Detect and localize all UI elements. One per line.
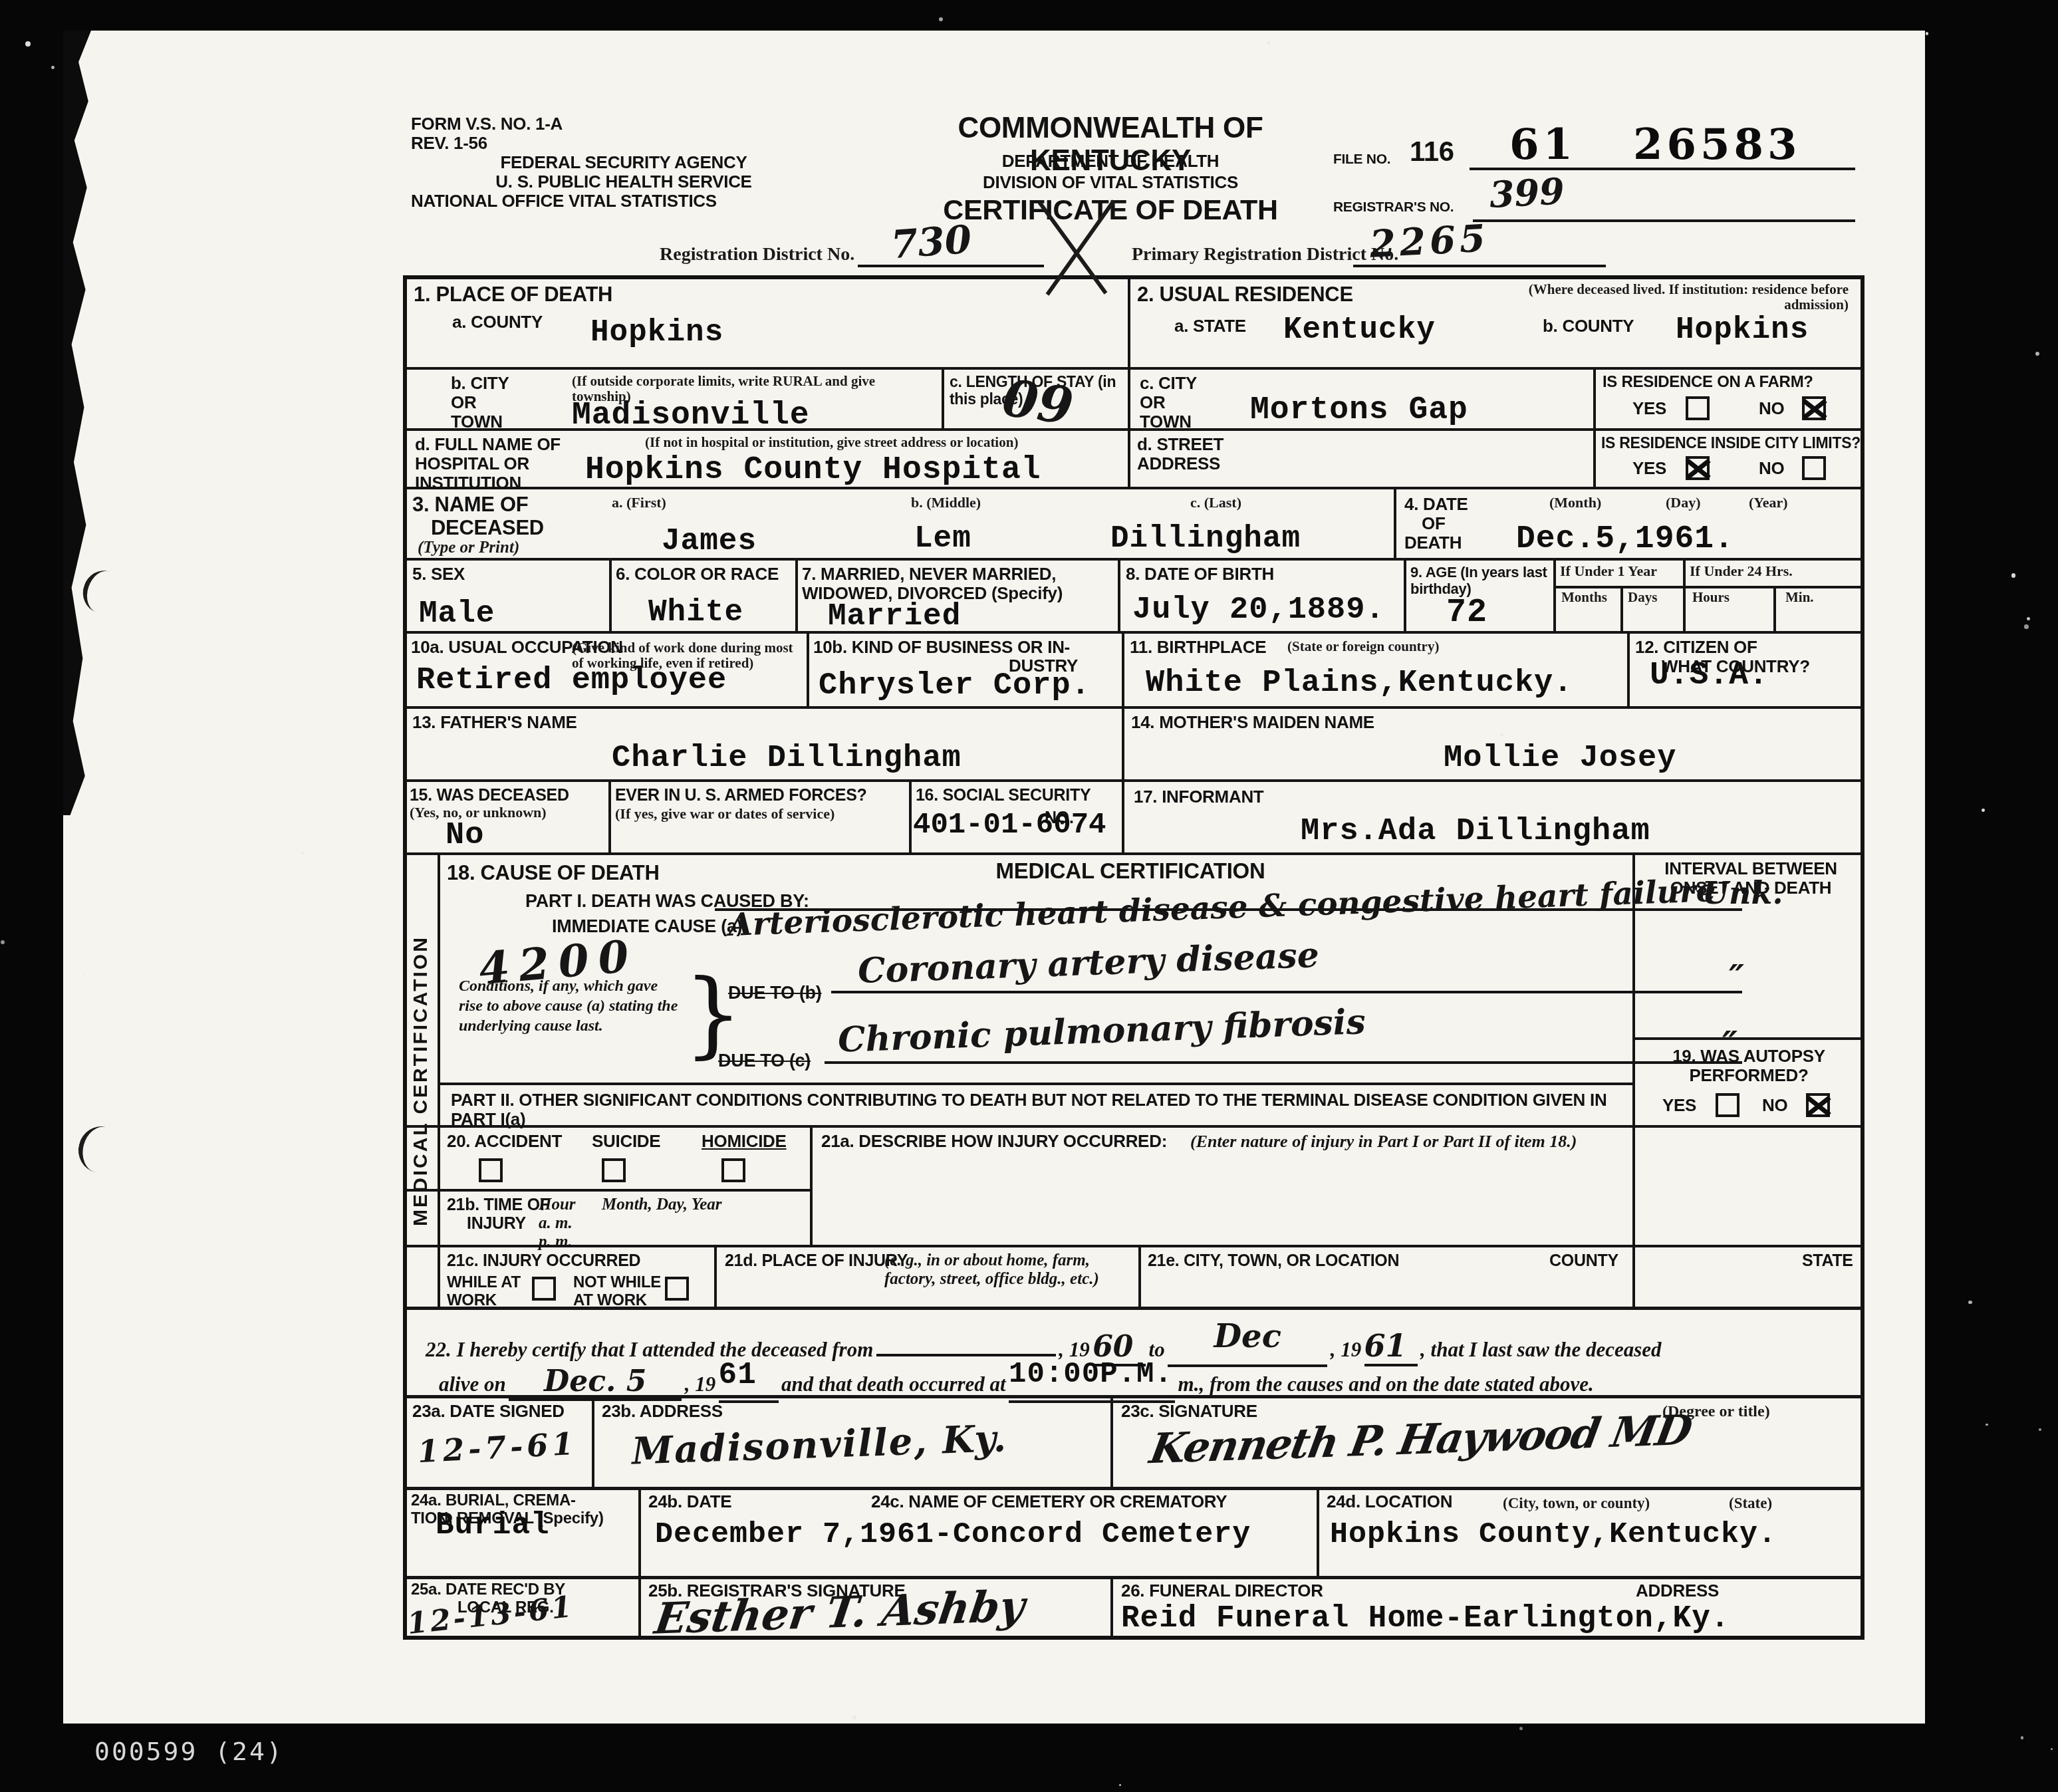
hospital-note: (If not in hospital or institution, give… xyxy=(645,435,1124,450)
certify-text: 22. I hereby certify that I attended the… xyxy=(426,1338,873,1361)
middle-label: b. (Middle) xyxy=(911,495,981,511)
registrars-no-value: 399 xyxy=(1488,170,1565,216)
film-speck xyxy=(302,852,305,854)
row21b-top xyxy=(406,1189,813,1192)
burial-type-value: Burial xyxy=(436,1508,550,1543)
field-marital-status: 7. MARRIED, NEVER MARRIED, WIDOWED, DIVO… xyxy=(798,561,1120,634)
date-signed-label: 23a. DATE SIGNED xyxy=(412,1402,565,1421)
certify-to-month-blank: Dec xyxy=(1168,1327,1327,1367)
months-label: Months xyxy=(1561,590,1607,605)
due-to-b-label: DUE TO (b) xyxy=(728,983,822,1003)
film-speck xyxy=(1986,1424,1988,1426)
dod-month-label: (Month) xyxy=(1549,495,1601,511)
dob-label: 8. DATE OF BIRTH xyxy=(1126,565,1274,584)
birthplace-label: 11. BIRTHPLACE xyxy=(1130,638,1266,657)
film-speck xyxy=(2024,624,2029,629)
injury-describe-label: 21a. DESCRIBE HOW INJURY OCCURRED: xyxy=(821,1132,1167,1151)
hours-label: Hours xyxy=(1692,590,1730,605)
farm-yes-label: YES xyxy=(1632,399,1666,418)
business-label: 10b. KIND OF BUSINESS OR IN- xyxy=(813,638,1070,657)
min-label: Min. xyxy=(1785,590,1814,605)
row25-div1 xyxy=(638,1576,641,1636)
divider xyxy=(1620,586,1623,631)
accident-label: 20. ACCIDENT xyxy=(447,1132,562,1151)
film-frame-number: 000599 (24) xyxy=(94,1737,284,1766)
immediate-cause-line xyxy=(715,908,1742,911)
armed-forces-label: EVER IN U. S. ARMED FORCES? xyxy=(615,786,867,805)
state-label: a. STATE xyxy=(1174,317,1246,336)
burial-location-value: Hopkins County,Kentucky. xyxy=(1330,1517,1777,1551)
field-father-name: 13. FATHER'S NAME Charlie Dillingham xyxy=(406,709,1124,782)
medical-side-strip: MEDICAL CERTIFICATION xyxy=(406,855,440,1307)
first-name-value: James xyxy=(662,524,757,559)
autopsy-yes-checkbox xyxy=(1716,1093,1739,1117)
registrars-no-underline xyxy=(1473,219,1855,222)
part2-label: PART II. OTHER SIGNIFICANT CONDITIONS CO… xyxy=(451,1090,1628,1129)
film-speck xyxy=(2039,1428,2041,1431)
injury-city-label: 21e. CITY, TOWN, OR LOCATION xyxy=(1148,1251,1399,1270)
film-speck xyxy=(2051,1748,2053,1750)
division-line: DIVISION OF VITAL STATISTICS xyxy=(884,173,1337,192)
due-to-c-label: DUE TO (c) xyxy=(718,1051,811,1071)
birthplace-value: White Plains,Kentucky. xyxy=(1146,666,1573,701)
state-value: Kentucky xyxy=(1283,313,1436,347)
field-residence-city: c. CITY OR TOWN Mortons Gap xyxy=(1130,370,1596,431)
sex-value: Male xyxy=(419,596,495,631)
row20-top xyxy=(406,1125,1862,1128)
homicide-checkbox xyxy=(721,1158,745,1182)
injury-describe-note: (Enter nature of injury in Part I or Par… xyxy=(1190,1132,1577,1152)
certify-text: alive on xyxy=(439,1372,506,1396)
row24-div1 xyxy=(638,1487,641,1576)
certify-to-year-blank: 61 xyxy=(1364,1328,1418,1366)
film-speck xyxy=(1926,32,1929,35)
was-deceased-value: No xyxy=(446,818,484,853)
row25-top xyxy=(406,1576,1862,1579)
field-under-one-year: If Under 1 Year Months Days xyxy=(1556,561,1686,634)
first-label: a. (First) xyxy=(612,495,666,511)
field-informant: 17. INFORMANT Mrs.Ada Dillingham xyxy=(1124,782,1862,855)
under1-label: If Under 1 Year xyxy=(1560,563,1657,579)
field-usual-residence: 2. USUAL RESIDENCE (Where deceased lived… xyxy=(1130,278,1862,370)
last-label: c. (Last) xyxy=(1190,495,1241,511)
field-sex: 5. SEX Male xyxy=(406,561,612,634)
street-address-label: d. STREET ADDRESS xyxy=(1137,435,1223,473)
homicide-label: HOMICIDE xyxy=(702,1132,787,1151)
ssn-value: 401-01-6074 xyxy=(913,809,1106,842)
row22-top xyxy=(406,1307,1862,1310)
place-of-injury-note: (e. g., in or about home, farm, factory,… xyxy=(884,1251,1130,1289)
injury-state-label: STATE xyxy=(1802,1251,1853,1270)
limits-no-checkbox xyxy=(1802,456,1826,480)
city-value: Madisonville xyxy=(572,398,810,434)
limits-question: IS RESIDENCE INSIDE CITY LIMITS? xyxy=(1601,435,1861,452)
mother-label: 14. MOTHER'S MAIDEN NAME xyxy=(1131,713,1374,732)
farm-no-label: NO xyxy=(1759,399,1784,418)
interval-column-line xyxy=(1632,855,1635,1307)
form-line: U. S. PUBLIC HEALTH SERVICE xyxy=(411,172,836,192)
row24-div2 xyxy=(1317,1487,1319,1576)
form-line: FORM V.S. NO. 1-A xyxy=(411,114,836,134)
film-speck xyxy=(1519,1727,1523,1730)
funeral-director-value: Reid Funeral Home-Earlington,Ky. xyxy=(1121,1601,1730,1636)
form-line: NATIONAL OFFICE VITAL STATISTICS xyxy=(411,192,836,211)
file-no-stamped: 61 26583 xyxy=(1509,120,1801,170)
business-value: Chrysler Corp. xyxy=(819,668,1091,704)
field-race: 6. COLOR OR RACE White xyxy=(612,561,798,634)
father-value: Charlie Dillingham xyxy=(612,741,962,776)
primary-reg-district-label: Primary Registration District No. xyxy=(1132,245,1398,265)
under24-label: If Under 24 Hrs. xyxy=(1690,563,1793,579)
row21c-d-divider xyxy=(714,1245,717,1307)
address-label: 23b. ADDRESS xyxy=(602,1402,723,1421)
funeral-director-label: 26. FUNERAL DIRECTOR xyxy=(1121,1581,1323,1600)
farm-question: IS RESIDENCE ON A FARM? xyxy=(1603,374,1813,392)
suicide-label: SUICIDE xyxy=(592,1132,660,1151)
reg-district-value: 730 xyxy=(890,217,973,267)
dod-day-label: (Day) xyxy=(1666,495,1701,511)
race-label: 6. COLOR OR RACE xyxy=(616,565,779,584)
due-to-b-line xyxy=(831,991,1742,993)
field-age: 9. AGE (In years last birthday) 72 xyxy=(1406,561,1556,634)
race-value: White xyxy=(648,595,743,630)
last-name-value: Dillingham xyxy=(1110,521,1301,556)
film-speck xyxy=(1,940,5,944)
row21d-e-divider xyxy=(1138,1245,1141,1307)
burial-location-label: 24d. LOCATION xyxy=(1327,1492,1452,1511)
occupation-value: Retired employee xyxy=(416,663,727,698)
length-of-stay-value: 09 xyxy=(999,368,1077,436)
middle-name-value: Lem xyxy=(914,521,971,556)
field-business: 10b. KIND OF BUSINESS OR IN- DUSTRY Chry… xyxy=(809,634,1124,709)
row20-21a-divider xyxy=(810,1125,813,1245)
field-length-of-stay: c. LENGTH OF STAY (in this place) 09 xyxy=(944,370,1130,431)
autopsy-label: 19. WAS AUTOPSY PERFORMED? xyxy=(1649,1047,1849,1085)
date-of-death-label: 4. DATE OF DEATH xyxy=(1404,495,1468,553)
certify-from-date-blank xyxy=(876,1354,1056,1356)
primary-reg-district-underline xyxy=(1353,265,1606,267)
city-label: b. CITY OR TOWN xyxy=(451,374,509,432)
while-at-work-label: WHILE AT WORK xyxy=(447,1274,521,1310)
film-speck xyxy=(2021,1736,2023,1739)
place-of-death-label: 1. PLACE OF DEATH xyxy=(414,283,612,307)
row21c-top xyxy=(406,1245,1862,1247)
name-label: 3. NAME OF DECEASED xyxy=(412,493,544,539)
usual-residence-note: (Where deceased lived. If institution: r… xyxy=(1503,282,1849,313)
limits-yes-checkbox xyxy=(1686,456,1710,480)
film-speck xyxy=(2011,573,2016,578)
row23-div1 xyxy=(592,1395,594,1487)
county-label: a. COUNTY xyxy=(452,313,543,332)
field-citizen: 12. CITIZEN OF WHAT COUNTRY? U.S.A. xyxy=(1630,634,1862,709)
citizen-value: U.S.A. xyxy=(1650,658,1769,694)
file-no-prefix: 116 xyxy=(1410,136,1454,167)
farm-no-checkbox xyxy=(1802,396,1826,420)
film-speck xyxy=(51,66,55,69)
film-speck xyxy=(1119,1784,1121,1786)
field-was-deceased: 15. WAS DECEASED (Yes, no, or unknown) N… xyxy=(406,782,611,855)
dod-year-label: (Year) xyxy=(1749,495,1788,511)
injury-occurred-label: 21c. INJURY OCCURRED xyxy=(447,1251,640,1270)
ssn-label: 16. SOCIAL SECURITY xyxy=(916,786,1091,805)
residence-county-label: b. COUNTY xyxy=(1543,317,1634,336)
informant-label: 17. INFORMANT xyxy=(1134,787,1263,807)
father-label: 13. FATHER'S NAME xyxy=(412,713,577,732)
residence-county-value: Hopkins xyxy=(1676,313,1809,347)
form-line: REV. 1-56 xyxy=(411,134,836,153)
immediate-cause-label: IMMEDIATE CAUSE (a) xyxy=(552,916,742,936)
cemetery-label: 24c. NAME OF CEMETERY OR CREMATORY xyxy=(871,1492,1227,1511)
medical-certification-title: MEDICAL CERTIFICATION xyxy=(898,859,1363,884)
mother-value: Mollie Josey xyxy=(1444,741,1676,776)
while-at-work-checkbox xyxy=(532,1277,556,1301)
part2-divider xyxy=(440,1083,1632,1085)
funeral-address-label: ADDRESS xyxy=(1636,1581,1719,1600)
field-mother-name: 14. MOTHER'S MAIDEN NAME Mollie Josey xyxy=(1124,709,1862,782)
dob-value: July 20,1889. xyxy=(1132,592,1385,628)
marital-label: 7. MARRIED, NEVER MARRIED, WIDOWED, DIVO… xyxy=(802,565,1114,603)
interval-b-value: ″ xyxy=(1729,958,1744,998)
film-speck xyxy=(25,41,31,47)
row23-top xyxy=(406,1395,1862,1398)
field-street-address: d. STREET ADDRESS xyxy=(1130,431,1596,489)
field-residence-on-farm: IS RESIDENCE ON A FARM? YES NO xyxy=(1596,370,1862,431)
burial-location-note: (City, town, or county) xyxy=(1503,1495,1650,1511)
field-inside-city-limits: IS RESIDENCE INSIDE CITY LIMITS? YES NO xyxy=(1596,431,1862,489)
row24-top xyxy=(406,1487,1862,1490)
field-hospital: d. FULL NAME OF HOSPITAL OR INSTITUTION … xyxy=(406,431,1130,489)
film-speck xyxy=(1968,1301,1972,1305)
autopsy-yes-label: YES xyxy=(1662,1096,1696,1115)
hospital-value: Hopkins County Hospital xyxy=(585,452,1041,488)
reg-district-label: Registration District No. xyxy=(660,245,854,265)
autopsy-box-top xyxy=(1635,1037,1862,1040)
form-line: FEDERAL SECURITY AGENCY xyxy=(411,153,836,172)
marital-value: Married xyxy=(828,599,961,634)
limits-yes-label: YES xyxy=(1632,459,1666,478)
field-city-of-death: b. CITY OR TOWN (If outside corporate li… xyxy=(406,370,944,431)
due-to-c-line xyxy=(825,1061,1742,1064)
field-ssn: 16. SOCIAL SECURITY NO. 401-01-6074 xyxy=(912,782,1124,855)
field-name-of-deceased: 3. NAME OF DECEASED (Type or Print) a. (… xyxy=(406,489,1396,561)
divider xyxy=(1773,586,1776,631)
burial-date-cemetery-value: December 7,1961-Concord Cemetery xyxy=(655,1517,1251,1551)
row23-div2 xyxy=(1110,1395,1113,1487)
scanned-death-certificate: 000599 (24) FORM V.S. NO. 1-A REV. 1-56 … xyxy=(0,0,2058,1792)
film-speck xyxy=(1982,809,1985,812)
field-birthplace: 11. BIRTHPLACE (State or foreign country… xyxy=(1124,634,1630,709)
field-armed-forces: EVER IN U. S. ARMED FORCES? (If yes, giv… xyxy=(611,782,912,855)
file-no-label: FILE NO. xyxy=(1333,152,1390,168)
informant-value: Mrs.Ada Dillingham xyxy=(1301,814,1650,849)
burial-date-label: 24b. DATE xyxy=(648,1492,731,1511)
registrars-no-label: REGISTRAR'S NO. xyxy=(1333,199,1454,215)
armed-forces-note: (If yes, give war or dates of service) xyxy=(615,806,908,822)
sex-label: 5. SEX xyxy=(412,565,465,584)
injury-time-label: 21b. TIME OF INJURY xyxy=(447,1196,550,1233)
primary-reg-district-value: 2265 xyxy=(1368,216,1490,266)
row25-div2 xyxy=(1110,1576,1113,1636)
age-label: 9. AGE (In years last birthday) xyxy=(1410,565,1551,597)
department-line: DEPARTMENT OF HEALTH xyxy=(884,152,1337,171)
signature-label: 23c. SIGNATURE xyxy=(1121,1402,1257,1421)
injury-county-label: COUNTY xyxy=(1549,1251,1618,1270)
usual-residence-label: 2. USUAL RESIDENCE xyxy=(1137,283,1353,307)
accident-checkbox xyxy=(479,1158,503,1182)
date-of-death-value: Dec.5,1961. xyxy=(1516,521,1734,557)
days-label: Days xyxy=(1628,590,1657,605)
burial-location-note2: (State) xyxy=(1729,1495,1772,1511)
cause-of-death-label: 18. CAUSE OF DEATH xyxy=(447,862,660,885)
film-speck xyxy=(852,1716,856,1719)
interval-a-value: Unk. xyxy=(1702,875,1783,911)
birthplace-note: (State or foreign country) xyxy=(1287,639,1439,654)
injury-time-hour-label: Hour a. m. p. m. xyxy=(539,1196,576,1251)
field-place-of-death: 1. PLACE OF DEATH a. COUNTY Hopkins xyxy=(406,278,1130,370)
film-speck xyxy=(2027,617,2031,621)
field-under-24-hrs: If Under 24 Hrs. Hours Min. xyxy=(1686,561,1862,634)
not-while-at-work-checkbox xyxy=(665,1277,689,1301)
name-sub: (Type or Print) xyxy=(418,539,519,557)
residence-city-value: Mortons Gap xyxy=(1250,392,1468,428)
autopsy-no-label: NO xyxy=(1762,1096,1787,1115)
injury-time-date-label: Month, Day, Year xyxy=(602,1196,722,1214)
film-speck xyxy=(939,17,943,21)
county-value: Hopkins xyxy=(590,315,723,350)
file-no-underline xyxy=(1470,168,1855,170)
not-while-at-work-label: NOT WHILE AT WORK xyxy=(573,1274,661,1310)
suicide-checkbox xyxy=(602,1158,626,1182)
place-of-injury-label: 21d. PLACE OF INJURY xyxy=(725,1251,908,1270)
field-date-of-birth: 8. DATE OF BIRTH July 20,1889. xyxy=(1120,561,1406,634)
limits-no-label: NO xyxy=(1759,459,1784,478)
was-deceased-label: 15. WAS DECEASED xyxy=(410,786,569,805)
film-speck xyxy=(2035,352,2039,356)
farm-yes-checkbox xyxy=(1686,396,1710,420)
conditions-note: Conditions, if any, which gave rise to a… xyxy=(459,976,678,1036)
reg-district-underline xyxy=(858,265,1044,267)
field-occupation: 10a. USUAL OCCUPATION (Give kind of work… xyxy=(406,634,809,709)
field-date-of-death: 4. DATE OF DEATH (Month) (Day) (Year) De… xyxy=(1396,489,1862,561)
residence-city-label: c. CITY OR TOWN xyxy=(1140,374,1197,432)
autopsy-no-checkbox xyxy=(1806,1093,1830,1117)
age-value: 72 xyxy=(1446,594,1487,632)
medical-side-label: MEDICAL CERTIFICATION xyxy=(410,855,438,1307)
form-number-block: FORM V.S. NO. 1-A REV. 1-56 FEDERAL SECU… xyxy=(411,114,836,211)
